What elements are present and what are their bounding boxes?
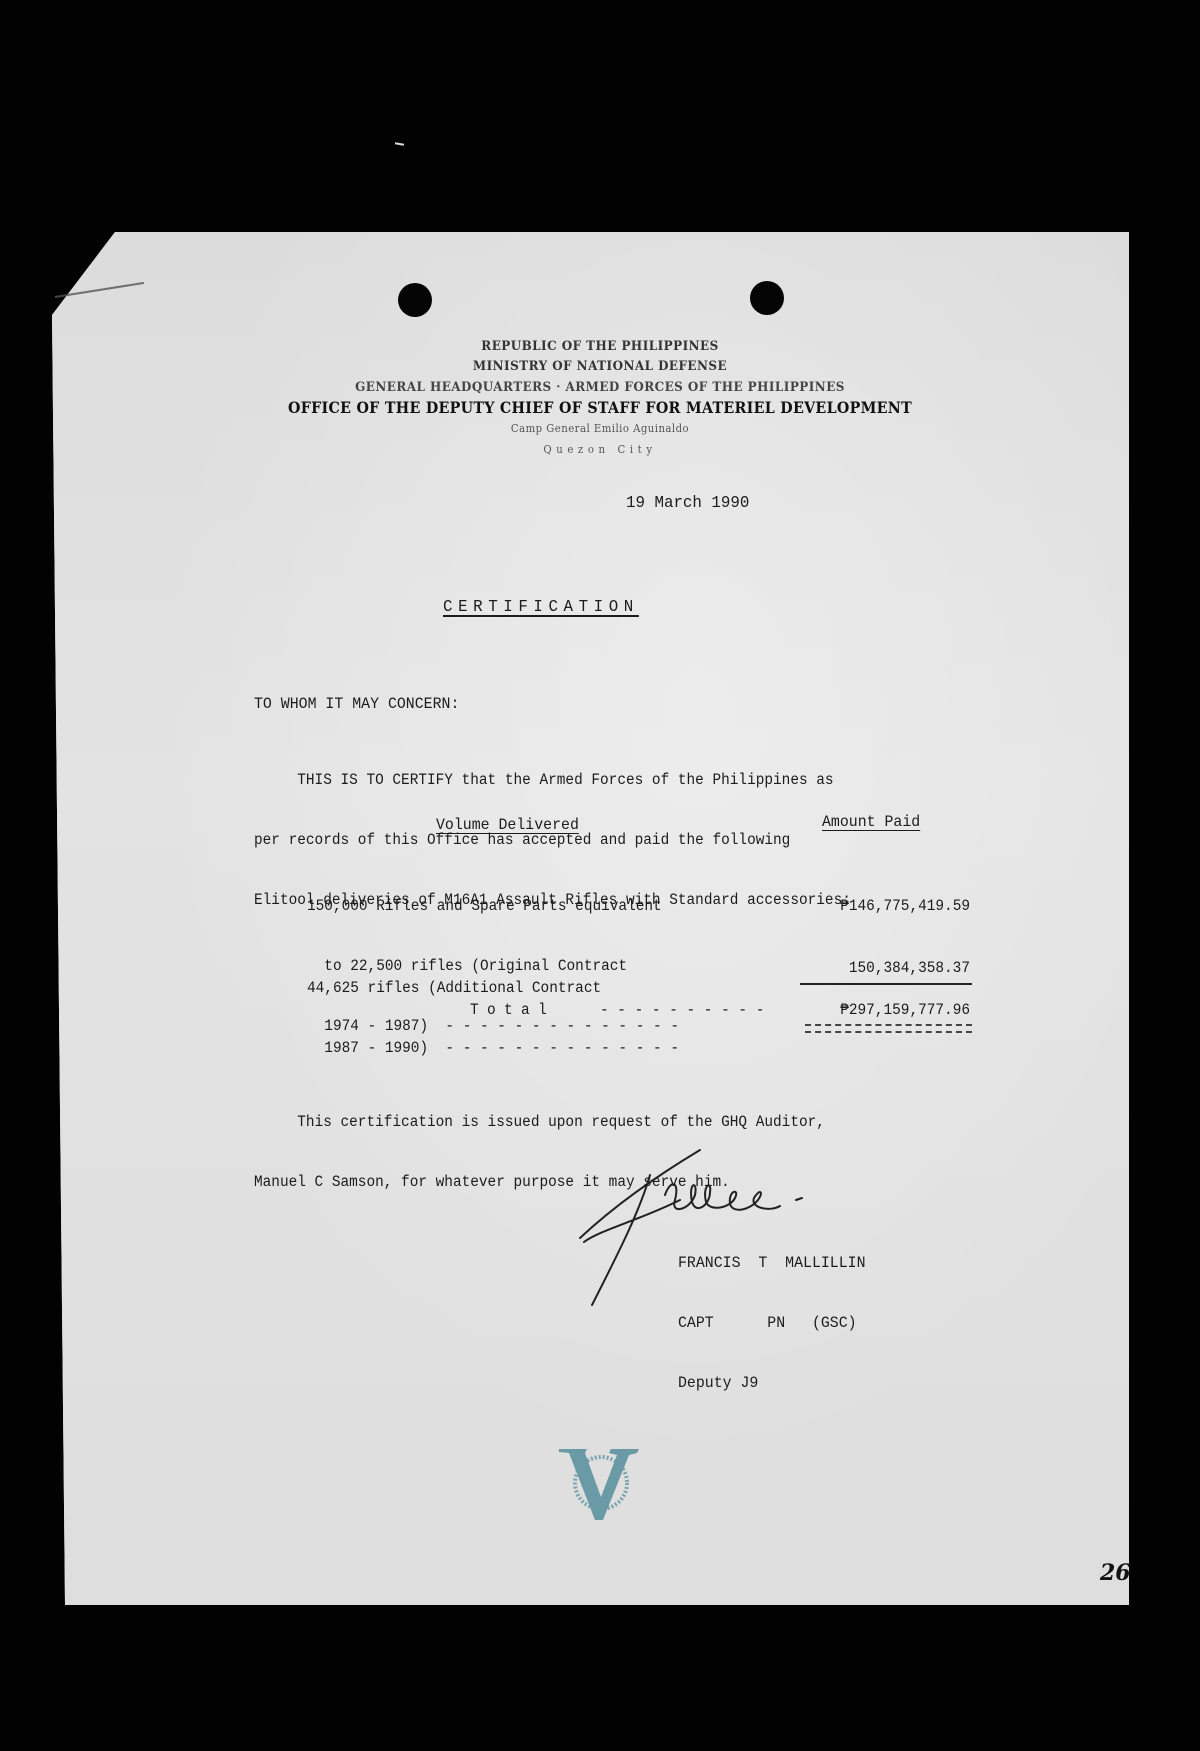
total-double-rule [805, 1024, 972, 1033]
amount-original-contract: ₱146,775,419.59 [68, 896, 970, 916]
letterhead-republic: REPUBLIC OF THE PHILIPPINES [48, 339, 1152, 354]
letterhead-ghq: GENERAL HEADQUARTERS · ARMED FORCES OF T… [48, 380, 1152, 395]
subtotal-rule [800, 983, 972, 985]
document-date: 19 March 1990 [626, 494, 749, 514]
closing-line: This certification is issued upon reques… [254, 1112, 825, 1132]
watermark-v-logo-icon [557, 1447, 642, 1522]
amount-additional-contract: 150,384,358.37 [68, 958, 970, 978]
total-amount: ₱297,159,777.96 [68, 1000, 970, 1020]
signatory-position: Deputy J9 [678, 1373, 866, 1393]
document-title: CERTIFICATION [443, 598, 639, 618]
punch-hole-left [398, 283, 432, 317]
volume-line: 1987 - 1990) - - - - - - - - - - - - - - [307, 1038, 679, 1058]
signature-block: FRANCIS T MALLILLIN CAPT PN (GSC) Deputy… [678, 1213, 866, 1413]
punch-hole-right [750, 281, 784, 315]
letterhead-camp: Camp General Emilio Aguinaldo [48, 422, 1152, 435]
signatory-name: FRANCIS T MALLILLIN [678, 1253, 866, 1273]
column-header-volume: Volume Delivered [436, 815, 579, 835]
signatory-rank: CAPT PN (GSC) [678, 1313, 866, 1333]
letterhead-office: OFFICE OF THE DEPUTY CHIEF OF STAFF FOR … [48, 398, 1152, 417]
salutation: TO WHOM IT MAY CONCERN: [254, 694, 459, 714]
letterhead-ministry: MINISTRY OF NATIONAL DEFENSE [48, 359, 1152, 374]
body-line: THIS IS TO CERTIFY that the Armed Forces… [254, 770, 851, 790]
letterhead-city: Quezon City [48, 443, 1152, 456]
volume-line: 44,625 rifles (Additional Contract [307, 978, 679, 998]
film-speck [395, 142, 404, 146]
handwritten-page-number: 26 [1100, 1560, 1131, 1586]
column-header-amount: Amount Paid [822, 812, 920, 832]
